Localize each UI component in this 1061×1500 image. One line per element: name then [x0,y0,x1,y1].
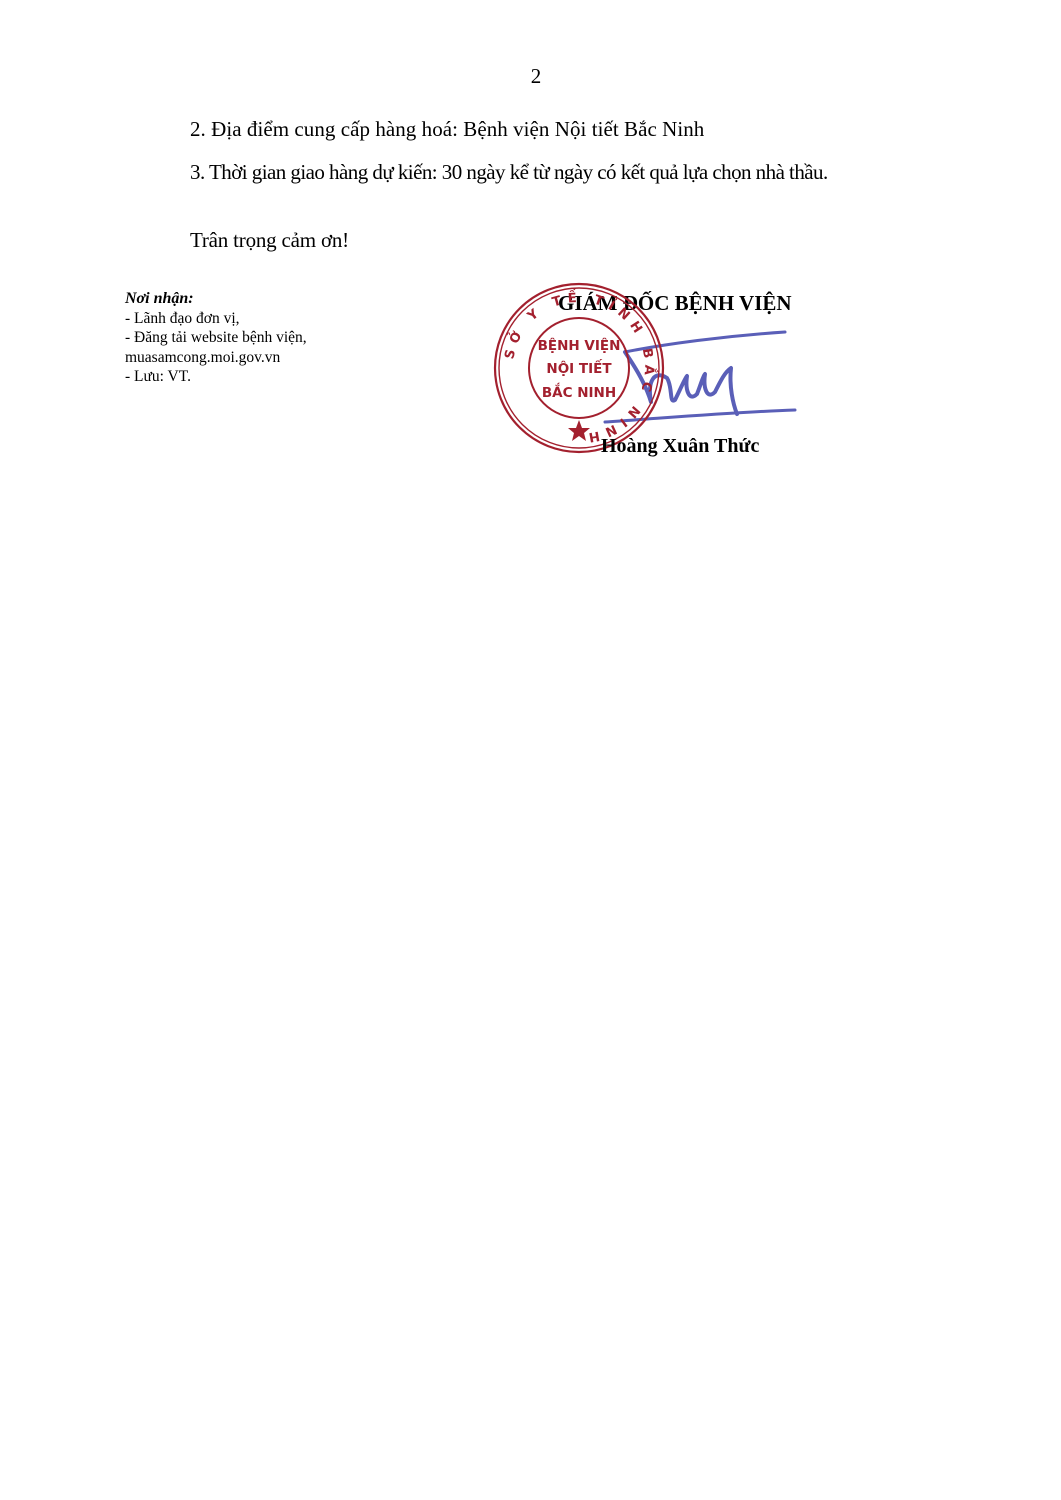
delivery-time-line: 3. Thời gian giao hàng dự kiến: 30 ngày … [190,160,828,185]
recipients-title: Nơi nhận: [125,289,307,309]
stamp-inner-line: NỘI TIẾT [546,358,612,377]
recipient-item: - Đăng tải website bệnh viện, [125,328,307,348]
stamp-inner-line: BẮC NINH [542,382,616,401]
signer-name: Hoàng Xuân Thức [601,435,759,458]
closing-line: Trân trọng cảm ơn! [190,228,349,253]
official-stamp: SỞ Y TẾ TỈNH BẮC NINH BỆNH VIỆN NỘI TIẾT… [493,282,665,454]
recipient-item: muasamcong.moi.gov.vn [125,348,307,368]
recipient-item: - Lãnh đạo đơn vị, [125,309,307,329]
delivery-location-line: 2. Địa điểm cung cấp hàng hoá: Bệnh viện… [190,117,704,142]
recipient-item: - Lưu: VT. [125,367,307,387]
stamp-inner-line: BỆNH VIỆN [538,336,621,354]
recipients-block: Nơi nhận: - Lãnh đạo đơn vị, - Đăng tải … [125,289,307,387]
page-number: 2 [0,64,1061,89]
